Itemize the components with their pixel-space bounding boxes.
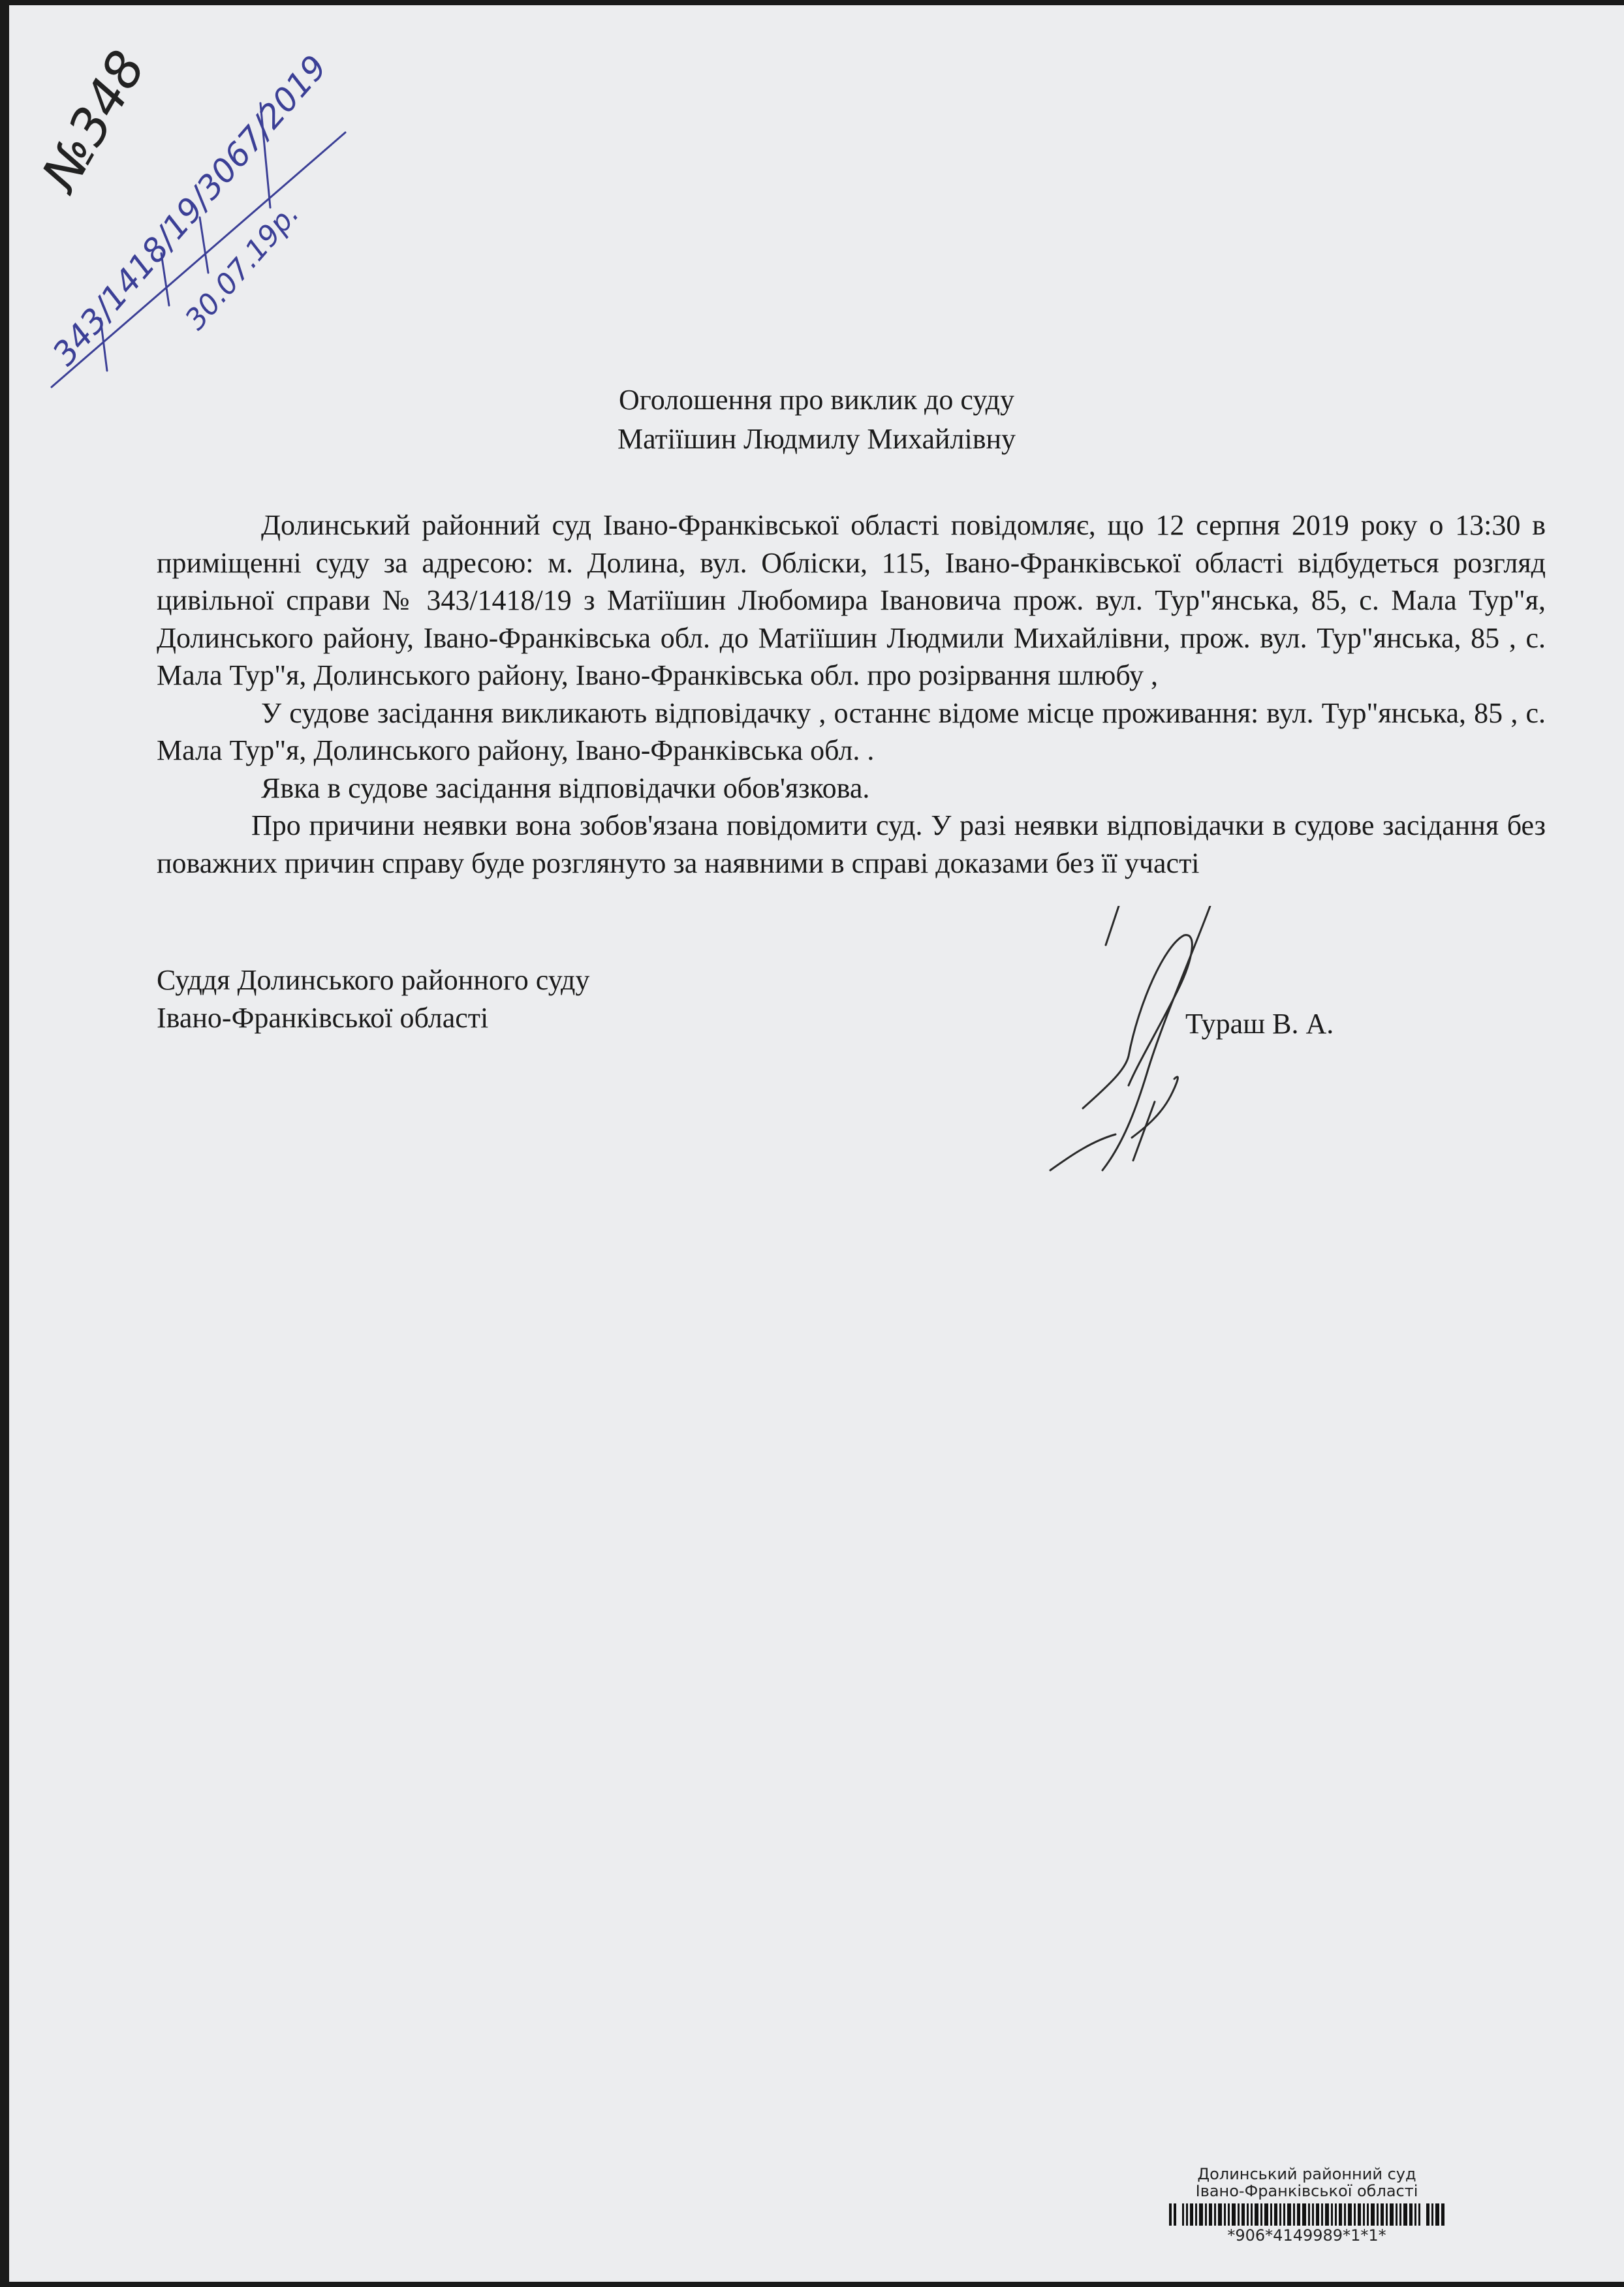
- paragraph-summons: У судове засідання викликають відповідач…: [157, 694, 1546, 770]
- document-page: №348 343/1418/19/3067/2019 30.07.19р. Ог…: [9, 5, 1624, 2282]
- barcode-number: *906*4149989*1*1*: [1072, 2227, 1542, 2244]
- barcode-icon: [1072, 2202, 1542, 2226]
- handwritten-registration-notes: №348 343/1418/19/3067/2019 30.07.19р.: [9, 5, 466, 397]
- addressee: Матіїшин Людмилу Михайлівну: [9, 420, 1624, 459]
- stamp-court-line1: Долинський районний суд: [1072, 2166, 1542, 2183]
- document-header: Оголошення про виклик до суду Матіїшин Л…: [9, 381, 1624, 459]
- judge-title-line2: Івано-Франківської області: [157, 999, 589, 1037]
- paragraph-hearing-notice: Долинський районний суд Івано-Франківськ…: [157, 506, 1546, 694]
- court-stamp: Долинський районний суд Івано-Франківськ…: [1072, 2166, 1542, 2244]
- document-title: Оголошення про виклик до суду: [9, 381, 1624, 420]
- paragraph-attendance: Явка в судове засідання відповідачки обо…: [157, 770, 1546, 807]
- judge-title-line1: Суддя Долинського районного суду: [157, 961, 589, 999]
- document-body: Долинський районний суд Івано-Франківськ…: [157, 506, 1546, 882]
- paragraph-consequences: Про причини неявки вона зобов'язана пові…: [157, 807, 1546, 882]
- signature-icon: [1014, 906, 1406, 1180]
- judge-name: Тураш В. А.: [1185, 1007, 1334, 1040]
- stamp-court-line2: Івано-Франківської області: [1072, 2183, 1542, 2200]
- registration-number: №348: [30, 41, 157, 203]
- judge-title: Суддя Долинського районного суду Івано-Ф…: [157, 961, 589, 1037]
